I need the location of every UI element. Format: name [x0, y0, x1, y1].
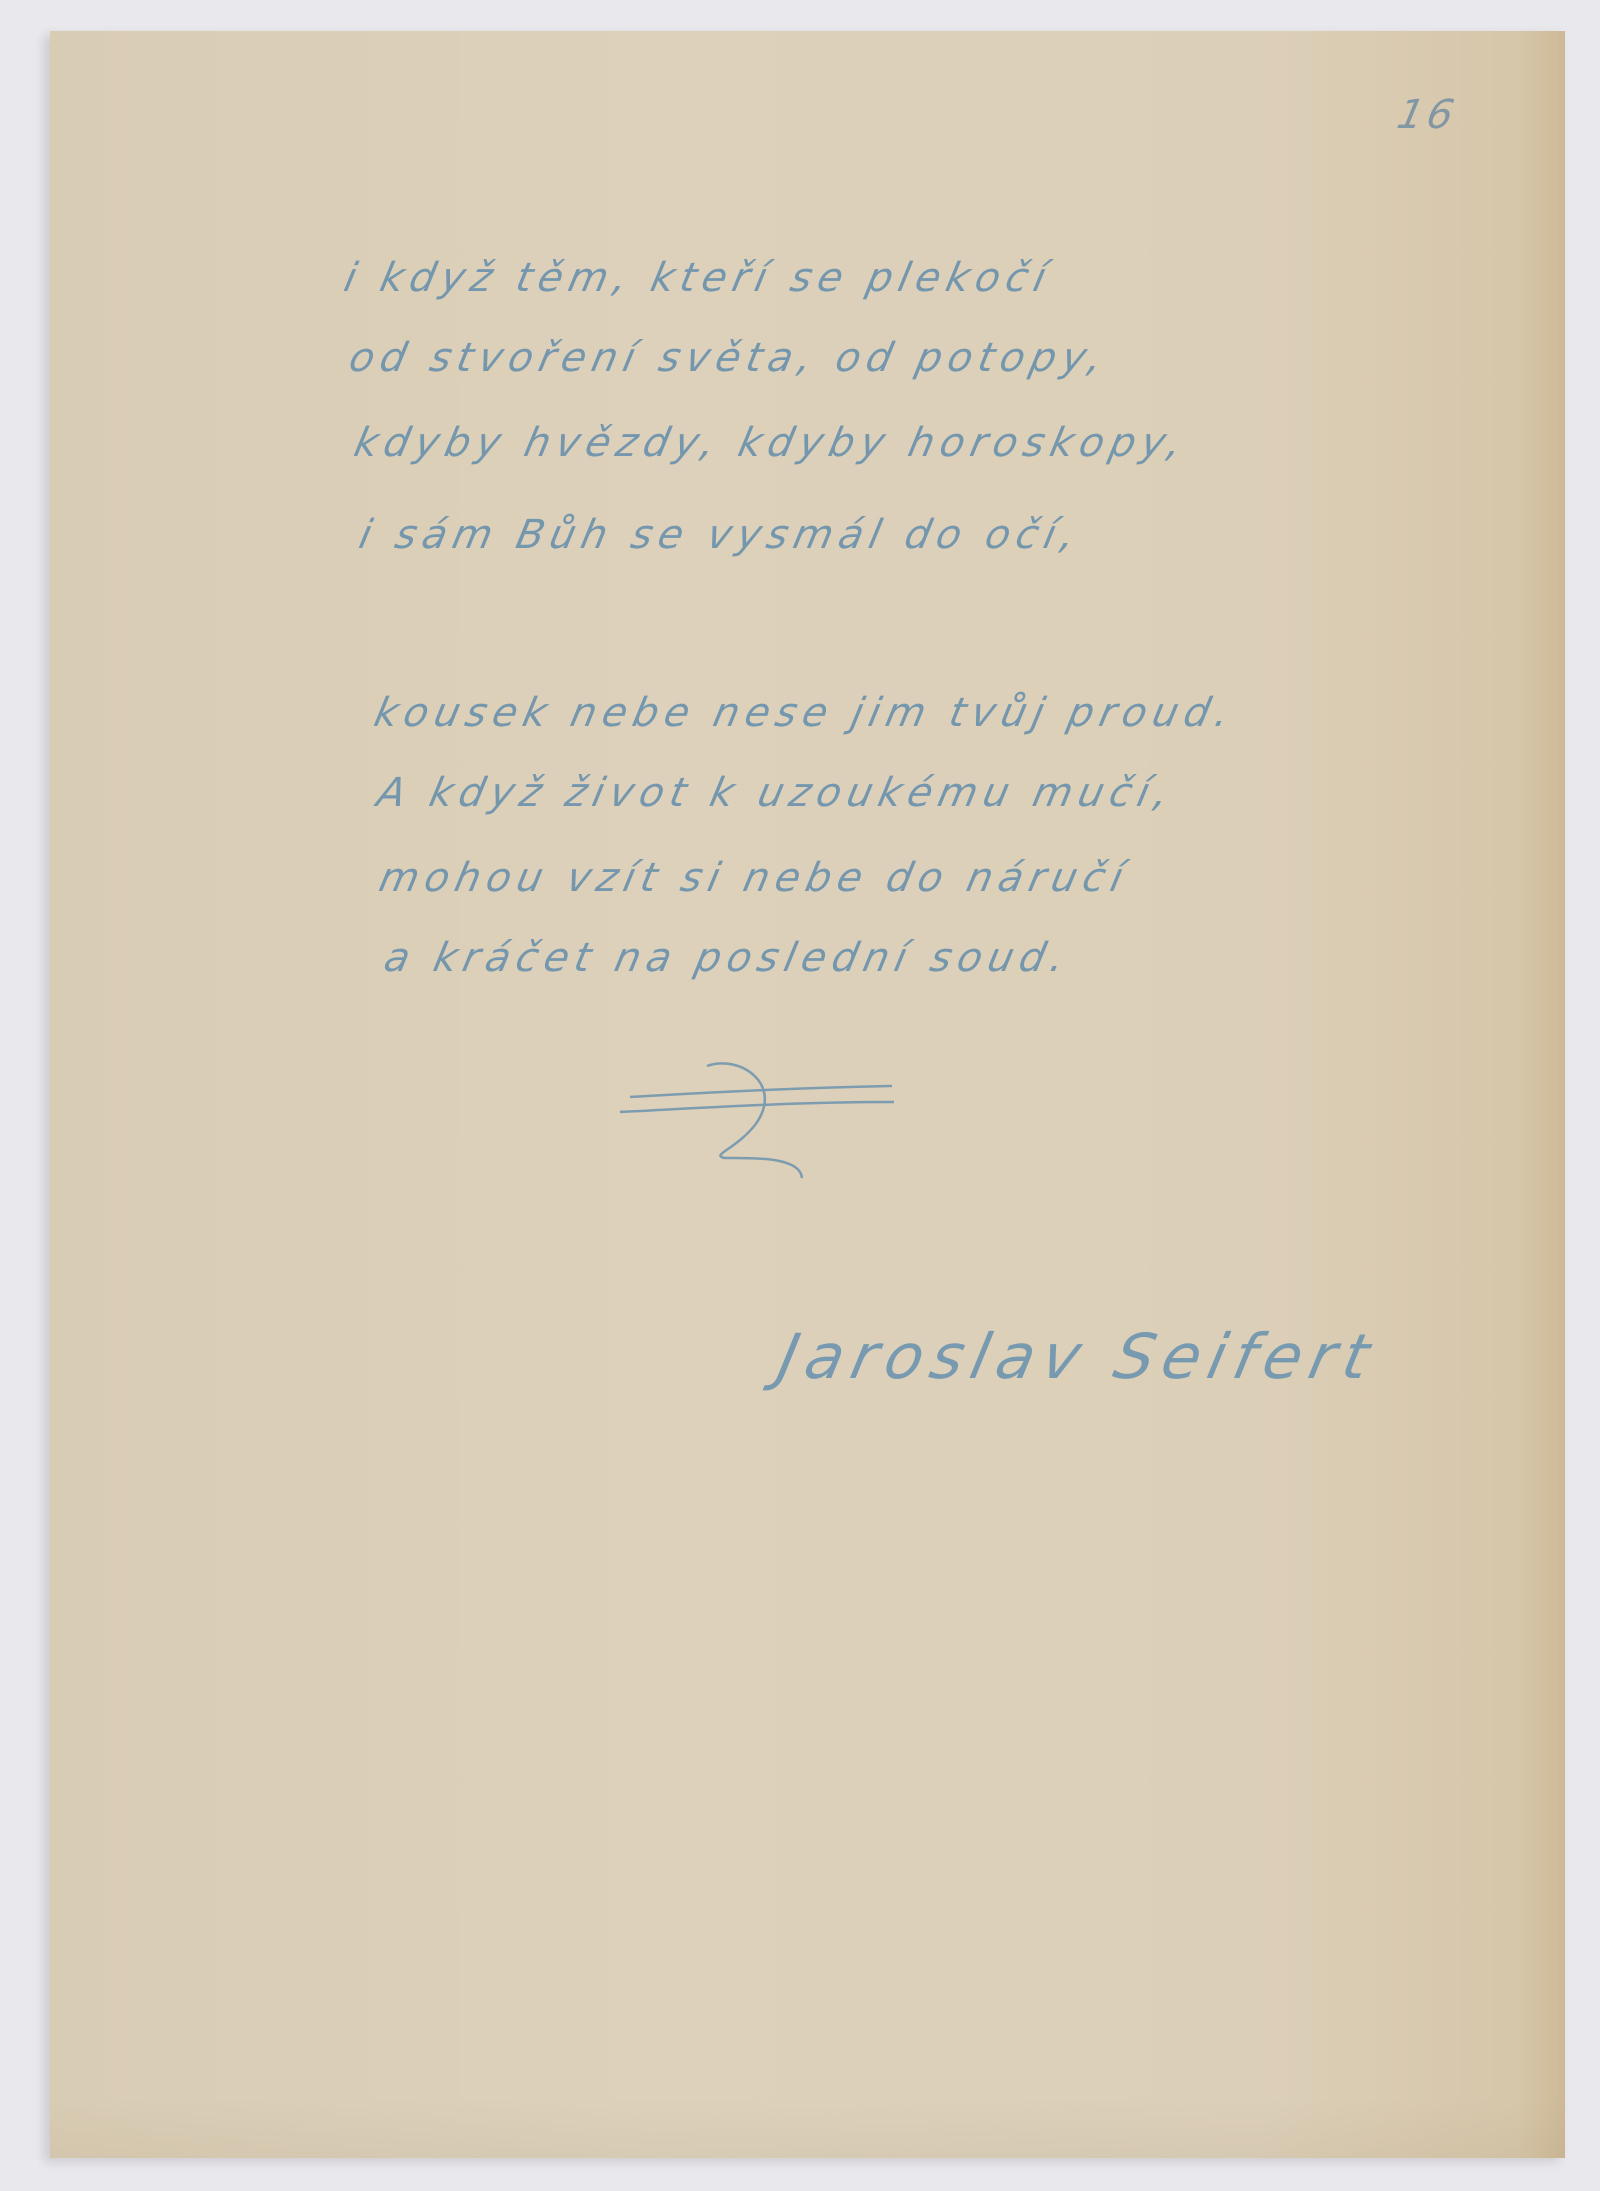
flourish-divider-icon [610, 1060, 910, 1194]
poem-line: i když těm, kteří se plekočí [340, 255, 1056, 301]
poem-line: i sám Bůh se vysmál do očí, [355, 512, 1085, 558]
poem-line: A když život k uzoukému mučí, [373, 770, 1178, 816]
poem-line: mohou vzít si nebe do náručí [375, 855, 1133, 901]
poem-line: a kráčet na poslední soud. [380, 935, 1074, 981]
poem-line: kdyby hvězdy, kdyby horoskopy, [350, 420, 1192, 466]
author-signature: Jaroslav Seifert [772, 1320, 1384, 1393]
poem-line: kousek nebe nese jim tvůj proud. [370, 690, 1239, 736]
page-number: 16 [1393, 92, 1462, 138]
poem-line: od stvoření světa, od potopy, [345, 335, 1112, 381]
